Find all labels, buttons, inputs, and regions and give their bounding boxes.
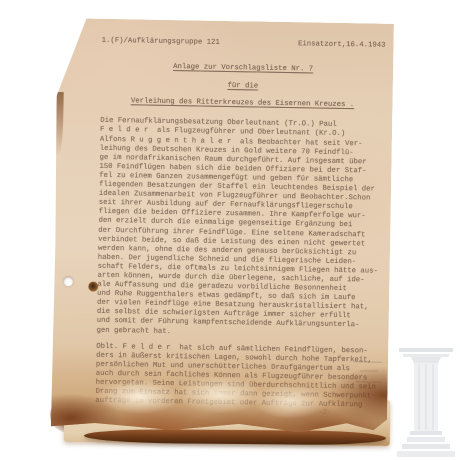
burn-damage (51, 342, 388, 434)
punch-hole (63, 276, 73, 286)
roman-column-watermark-icon (397, 346, 455, 458)
title-line-1: Anlage zur Vorschlagsliste Nr. 7 (101, 62, 385, 76)
photo-background: 1.(F)/Aufklärungsgruppe 121 Einsatzort,1… (0, 0, 460, 460)
title-line-3: Verleihung des Ritterkreuzes des Eiserne… (100, 97, 384, 111)
title-line-2: für die (101, 80, 385, 94)
edge-stain (56, 92, 64, 156)
document-sheet: 1.(F)/Aufklärungsgruppe 121 Einsatzort,1… (51, 18, 394, 434)
punch-hole-eyelet (88, 282, 98, 292)
paragraph-1: Die Fernaufklärungsbesatzung Oberleutnan… (96, 117, 384, 340)
place-date: Einsatzort,16.4.1943 (298, 40, 386, 51)
crease-line (36, 22, 67, 86)
document-header: 1.(F)/Aufklärungsgruppe 121 Einsatzort,1… (102, 37, 386, 51)
unit-designation: 1.(F)/Aufklärungsgruppe 121 (102, 37, 220, 48)
